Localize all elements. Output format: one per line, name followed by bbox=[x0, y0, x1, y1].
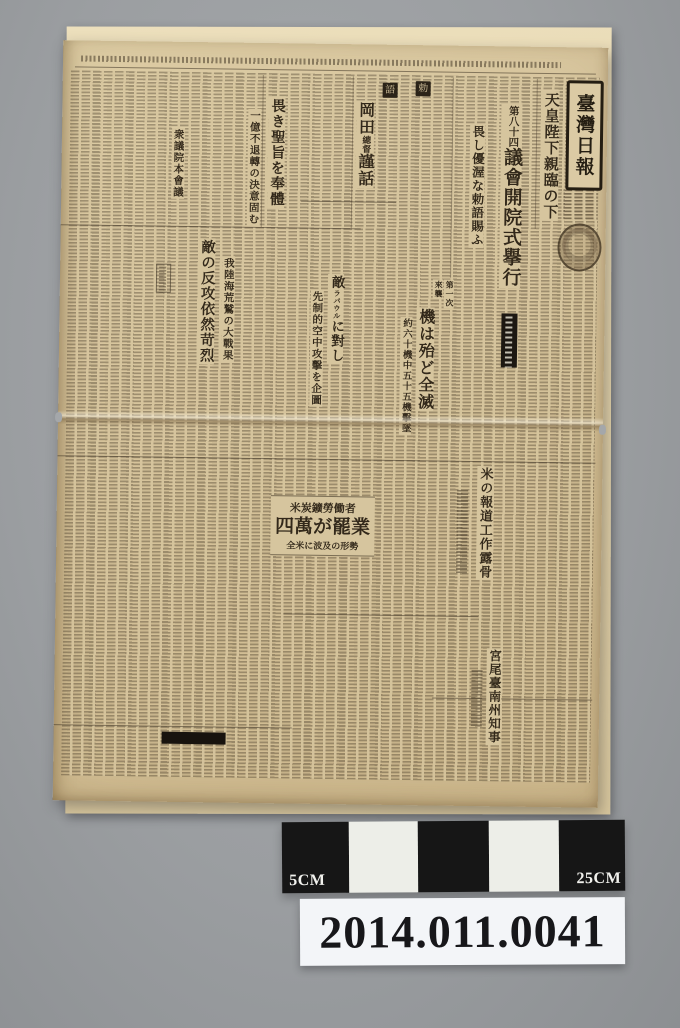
scale-block-white bbox=[489, 820, 559, 891]
boxed-label bbox=[501, 313, 518, 367]
headline-raishu-kicker1: 第一次 bbox=[444, 280, 455, 309]
headline-okada: 岡田總督謹話 bbox=[355, 100, 375, 188]
headline-emperor-line1: 天皇陛下親臨の下 bbox=[541, 91, 560, 221]
rabaul-katakana: ラバウル bbox=[332, 290, 341, 320]
black-divider-bar bbox=[162, 732, 226, 745]
masthead-title: 臺灣日報 bbox=[570, 93, 598, 177]
measurement-scale: 5CM 25CM bbox=[282, 820, 625, 893]
section-marker: 勅 bbox=[416, 81, 431, 96]
photo-background: 臺灣日報 勅 語 天皇陛下親臨の下 第八十四議會開院式擧行 畏し優渥な勅語賜ふ … bbox=[0, 0, 680, 1028]
headline-hankou-main: 敵の反攻依然苛烈 bbox=[197, 238, 216, 364]
fold-hole-right bbox=[599, 425, 606, 435]
scale-block-black bbox=[418, 821, 489, 892]
section-marker: 語 bbox=[383, 83, 398, 98]
headline-beihodo-main: 米の報道工作露骨 bbox=[476, 466, 493, 580]
catalog-number-card: 2014.011.0041 bbox=[300, 897, 625, 966]
scale-block-black: 5CM bbox=[282, 822, 349, 893]
headline-emperor-line3: 畏し優渥な勅語賜ふ bbox=[468, 124, 484, 248]
headline-strike-line1: 米炭鑛勞働者 bbox=[271, 499, 375, 516]
scale-label-left: 5CM bbox=[289, 872, 325, 890]
rabaul-post: に對し bbox=[328, 319, 345, 363]
headline-miyao-sub-illegible bbox=[471, 670, 483, 728]
headline-strike-block: 米炭鑛勞働者 四萬が罷業 全米に波及の形勢 bbox=[270, 495, 375, 556]
scale-block-white bbox=[349, 821, 418, 892]
masthead-box: 臺灣日報 bbox=[565, 80, 604, 191]
headline-raishu-kicker2: 來襲 bbox=[433, 279, 443, 299]
boxed-kicker bbox=[156, 264, 171, 293]
rabaul-pre: 敵 bbox=[329, 275, 345, 290]
headline-seishi-main: 畏き聖旨を奉體 bbox=[267, 97, 285, 208]
headline-strike-line2: 四萬が罷業 bbox=[270, 515, 374, 539]
headline-seishi-sub: 一億不退轉の決意固む bbox=[247, 109, 261, 226]
masthead-subtext bbox=[563, 189, 597, 219]
headline-emperor-line2-prefix: 第八十四 bbox=[506, 105, 519, 147]
fold-hole-left bbox=[55, 412, 62, 422]
okada-word: 謹話 bbox=[356, 153, 375, 187]
headline-rabaul-sub: 先制的空中攻擊を企圖 bbox=[309, 290, 323, 407]
scale-block-black: 25CM bbox=[559, 820, 625, 891]
headline-raishu-main: 機は殆ど全滅 bbox=[415, 307, 435, 411]
okada-name: 岡田 bbox=[356, 101, 375, 135]
headline-emperor-line2: 第八十四議會開院式擧行 bbox=[499, 104, 523, 288]
headline-miyao-main: 宮尾臺南州知事 bbox=[486, 648, 502, 745]
okada-title: 總督 bbox=[360, 135, 370, 153]
headline-emperor-line2-main: 議會開院式擧行 bbox=[499, 147, 523, 287]
newspaper-page: 臺灣日報 勅 語 天皇陛下親臨の下 第八十四議會開院式擧行 畏し優渥な勅語賜ふ … bbox=[53, 40, 609, 808]
headline-shugiin: 衆議院本會議 bbox=[171, 128, 185, 199]
page-header-dateline bbox=[81, 55, 561, 68]
headline-rabaul-main: 敵ラバウルに對し bbox=[327, 274, 344, 364]
headline-strike-line3: 全米に波及の形勢 bbox=[270, 538, 374, 552]
scale-label-right: 25CM bbox=[576, 870, 621, 888]
headline-hankou-sub: 我陸海荒鷲の大戰果 bbox=[221, 256, 235, 362]
catalog-number: 2014.011.0041 bbox=[319, 904, 606, 958]
headline-beihodo-sub-illegible bbox=[456, 490, 468, 574]
